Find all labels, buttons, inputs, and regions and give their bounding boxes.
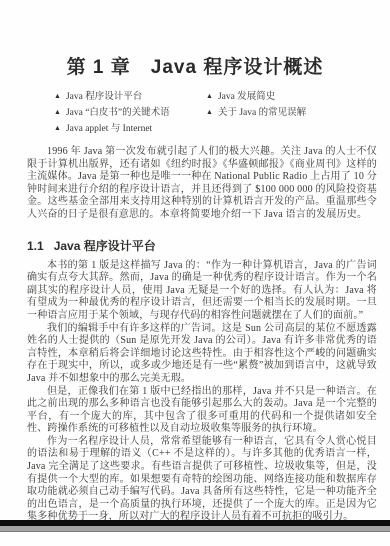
triangle-bullet-icon: ▲: [54, 91, 61, 102]
topic-item: ▲Java 程序设计平台: [54, 91, 206, 103]
section-title: Java 程序设计平台: [54, 239, 156, 253]
topic-label: Java “白皮书”的关键术语: [66, 108, 170, 118]
body-paragraph: 我们的编辑手中有许多这样的广告词。这是 Sun 公司高层的某位不愿透露姓名的人士…: [27, 323, 377, 386]
topic-item: ▲关于 Java 的常见误解: [206, 107, 390, 119]
topic-list: ▲Java 程序设计平台 ▲Java 发展简史 ▲Java “白皮书”的关键术语…: [54, 91, 390, 135]
topic-label: Java 发展简史: [218, 92, 275, 102]
topic-label: 关于 Java 的常见误解: [218, 108, 306, 118]
footer-bar-gray: [0, 526, 390, 532]
intro-paragraph: 1996 年 Java 第一次发布就引起了人们的极大兴趣。关注 Java 的人士…: [27, 146, 377, 222]
section-heading: 1.1Java 程序设计平台: [27, 239, 390, 253]
triangle-bullet-icon: ▲: [206, 91, 213, 102]
topic-label: Java 程序设计平台: [66, 92, 142, 102]
topic-label: Java applet 与 Internet: [66, 124, 152, 134]
body-paragraph: 但是，正像我们在第 1 版中已经指出的那样，Java 并不只是一种语言。在此之前…: [27, 386, 377, 436]
topic-item: ▲Java “白皮书”的关键术语: [54, 107, 206, 119]
triangle-bullet-icon: ▲: [54, 107, 61, 118]
book-page: 第 1 章 Java 程序设计概述 ▲Java 程序设计平台 ▲Java 发展简…: [0, 0, 390, 546]
triangle-bullet-icon: ▲: [54, 123, 61, 134]
body-paragraph: 作为一名程序设计人员，常常希望能够有一种语言，它具有令人赏心悦目的语法和易于理解…: [27, 436, 377, 524]
triangle-bullet-icon: ▲: [206, 107, 213, 118]
chapter-title: 第 1 章 Java 程序设计概述: [0, 57, 390, 79]
section-number: 1.1: [27, 239, 44, 253]
section-body: 本书的第 1 版是这样描写 Java 的：“作为一种计算机语言，Java 的广告…: [27, 260, 377, 524]
topic-item: ▲Java 发展简史: [206, 91, 390, 103]
body-paragraph: 本书的第 1 版是这样描写 Java 的：“作为一种计算机语言，Java 的广告…: [27, 260, 377, 323]
topic-item: ▲Java applet 与 Internet: [54, 123, 206, 135]
